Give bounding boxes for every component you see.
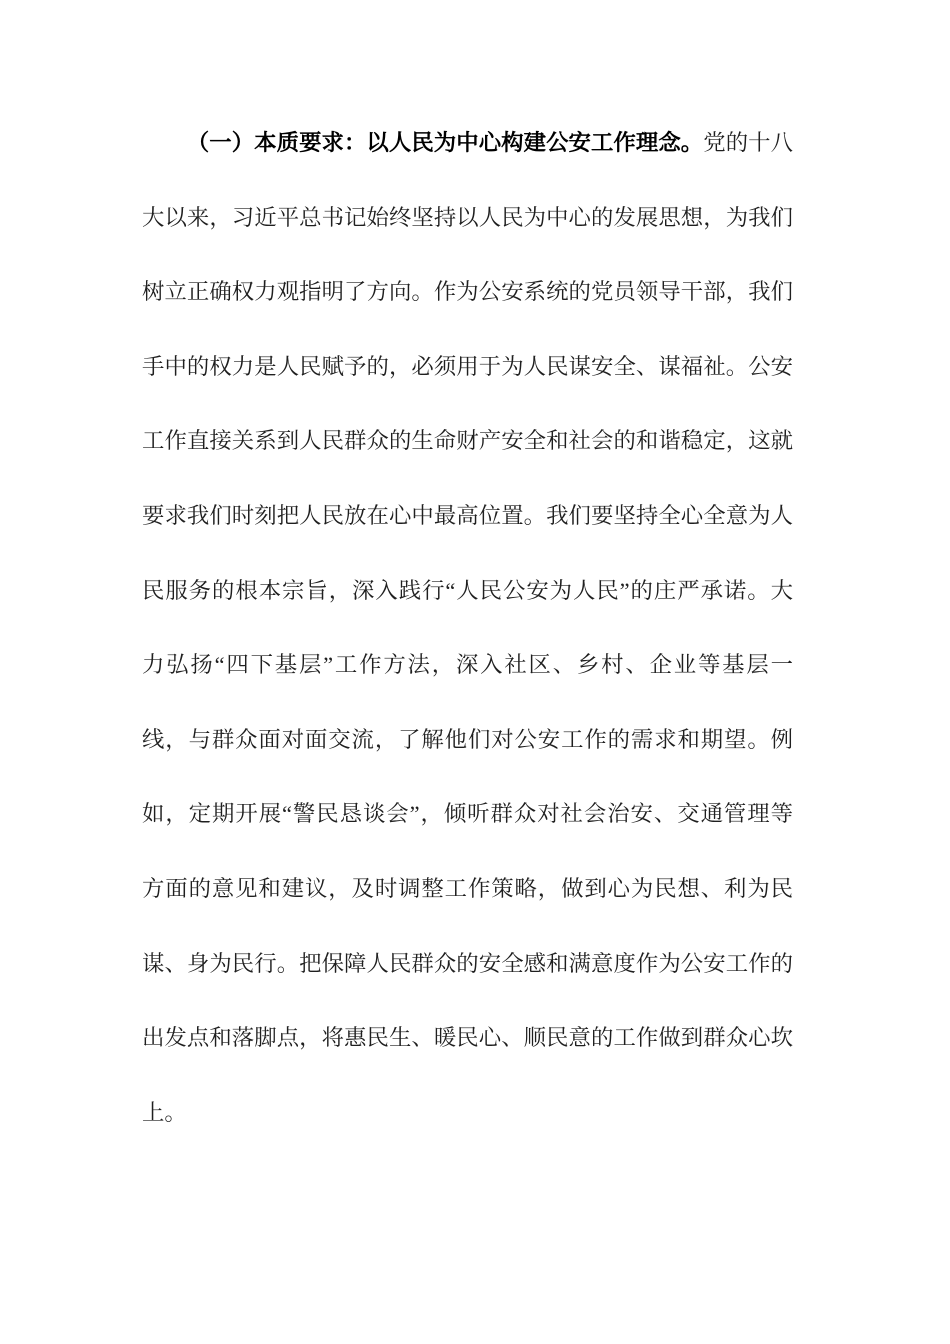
text-line: 树立正确权力观指明了方向。作为公安系统的党员领导干部，我们 <box>142 255 793 330</box>
paragraph-text: 线，与群众面对面交流，了解他们对公安工作的需求和期望。例 <box>142 727 793 752</box>
paragraph: （一）本质要求：以人民为中心构建公安工作理念。党的十八大以来，习近平总书记始终坚… <box>142 106 793 1150</box>
text-line: 手中的权力是人民赋予的，必须用于为人民谋安全、谋福祉。公安 <box>142 330 793 405</box>
text-line: 如，定期开展“警民恳谈会”，倾听群众对社会治安、交通管理等 <box>142 777 793 852</box>
text-line: 谋、身为民行。把保障人民群众的安全感和满意度作为公安工作的 <box>142 927 793 1002</box>
paragraph-text: 民服务的根本宗旨，深入践行“人民公安为人民”的庄严承诺。大 <box>142 578 793 603</box>
text-line: 工作直接关系到人民群众的生命财产安全和社会的和谐稳定，这就 <box>142 404 793 479</box>
text-line: 力弘扬“四下基层”工作方法，深入社区、乡村、企业等基层一 <box>142 628 793 703</box>
document-page: （一）本质要求：以人民为中心构建公安工作理念。党的十八大以来，习近平总书记始终坚… <box>0 0 950 1344</box>
text-line: （一）本质要求：以人民为中心构建公安工作理念。党的十八 <box>142 106 793 181</box>
paragraph-text: 手中的权力是人民赋予的，必须用于为人民谋安全、谋福祉。公安 <box>142 354 793 379</box>
paragraph-text: 要求我们时刻把人民放在心中最高位置。我们要坚持全心全意为人 <box>142 503 793 528</box>
text-line: 出发点和落脚点，将惠民生、暖民心、顺民意的工作做到群众心坎 <box>142 1001 793 1076</box>
paragraph-text: 谋、身为民行。把保障人民群众的安全感和满意度作为公安工作的 <box>142 951 793 976</box>
paragraph-text: 树立正确权力观指明了方向。作为公安系统的党员领导干部，我们 <box>142 279 793 304</box>
paragraph-text: 出发点和落脚点，将惠民生、暖民心、顺民意的工作做到群众心坎 <box>142 1025 793 1050</box>
paragraph-text: 大以来，习近平总书记始终坚持以人民为中心的发展思想，为我们 <box>142 205 793 230</box>
text-line: 要求我们时刻把人民放在心中最高位置。我们要坚持全心全意为人 <box>142 479 793 554</box>
text-line: 民服务的根本宗旨，深入践行“人民公安为人民”的庄严承诺。大 <box>142 554 793 629</box>
paragraph-text: 党的十八 <box>703 130 793 155</box>
text-line: 方面的意见和建议，及时调整工作策略，做到心为民想、利为民 <box>142 852 793 927</box>
paragraph-text: 如，定期开展“警民恳谈会”，倾听群众对社会治安、交通管理等 <box>142 801 793 826</box>
paragraph-text: 上。 <box>142 1100 187 1125</box>
text-line: 大以来，习近平总书记始终坚持以人民为中心的发展思想，为我们 <box>142 181 793 256</box>
text-line: 上。 <box>142 1076 793 1151</box>
paragraph-heading: （一）本质要求：以人民为中心构建公安工作理念。 <box>187 130 703 155</box>
paragraph-text: 方面的意见和建议，及时调整工作策略，做到心为民想、利为民 <box>142 876 793 901</box>
paragraph-text: 力弘扬“四下基层”工作方法，深入社区、乡村、企业等基层一 <box>142 652 793 677</box>
text-line: 线，与群众面对面交流，了解他们对公安工作的需求和期望。例 <box>142 703 793 778</box>
paragraph-text: 工作直接关系到人民群众的生命财产安全和社会的和谐稳定，这就 <box>142 428 793 453</box>
